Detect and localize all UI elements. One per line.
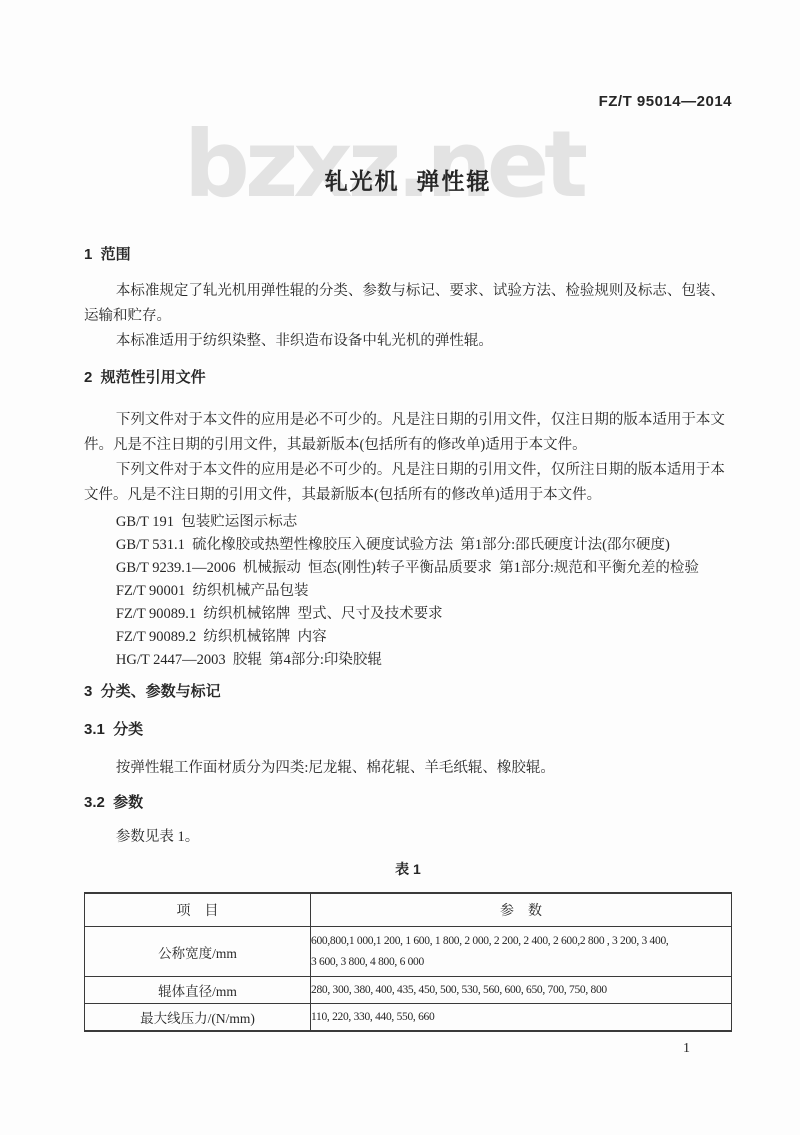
document-page: FZ/T 95014—2014 bzxz.net 轧光机 弹性辊 1 范围 本标… xyxy=(0,0,800,1135)
table-header-row: 项 目 参 数 xyxy=(85,893,732,927)
table-cell-value: 110, 220, 330, 440, 550, 660 xyxy=(311,1007,731,1028)
reference-item: FZ/T 90089.2 纺织机械铭牌 内容 xyxy=(84,626,732,649)
table-header-params: 参 数 xyxy=(311,893,732,927)
table-cell-item: 辊体直径/mm xyxy=(85,977,311,1004)
subsection-heading-parameters: 3.2 参数 xyxy=(84,793,732,813)
table-header-item: 项 目 xyxy=(85,893,311,927)
title-block: bzxz.net 轧光机 弹性辊 xyxy=(84,125,732,237)
section-heading-scope: 1 范围 xyxy=(84,245,732,265)
table-row: 辊体直径/mm 280, 300, 380, 400, 435, 450, 50… xyxy=(85,977,732,1004)
document-title: 轧光机 弹性辊 xyxy=(84,163,732,196)
standard-number: FZ/T 95014—2014 xyxy=(84,93,732,111)
section-heading-classification: 3 分类、参数与标记 xyxy=(84,682,732,702)
reference-item: FZ/T 90001 纺织机械产品包装 xyxy=(84,580,732,603)
table-cell-item: 最大线压力/(N/mm) xyxy=(85,1004,311,1032)
reference-list: GB/T 191 包装贮运图示标志 GB/T 531.1 硫化橡胶或热塑性橡胶压… xyxy=(84,511,732,672)
parameters-table: 项 目 参 数 公称宽度/mm 600,800,1 000,1 200, 1 6… xyxy=(84,892,732,1032)
table-row: 公称宽度/mm 600,800,1 000,1 200, 1 600, 1 80… xyxy=(85,927,732,977)
references-paragraph-2: 下列文件对于本文件的应用是必不可少的。凡是注日期的引用文件，仅所注日期的版本适用… xyxy=(84,458,732,508)
reference-item: GB/T 9239.1—2006 机械振动 恒态(刚性)转子平衡品质要求 第1部… xyxy=(84,557,732,580)
table-row: 最大线压力/(N/mm) 110, 220, 330, 440, 550, 66… xyxy=(85,1004,732,1032)
reference-item: GB/T 191 包装贮运图示标志 xyxy=(84,511,732,534)
reference-item: FZ/T 90089.1 纺织机械铭牌 型式、尺寸及技术要求 xyxy=(84,603,732,626)
subsection-heading-class: 3.1 分类 xyxy=(84,720,732,740)
reference-item: HG/T 2447—2003 胶辊 第4部分:印染胶辊 xyxy=(84,649,732,672)
section-heading-references: 2 规范性引用文件 xyxy=(84,368,732,388)
reference-item: GB/T 531.1 硫化橡胶或热塑性橡胶压入硬度试验方法 第1部分:邵氏硬度计… xyxy=(84,534,732,557)
page-number: 1 xyxy=(84,1040,732,1058)
scope-paragraph-1: 本标准规定了轧光机用弹性辊的分类、参数与标记、要求、试验方法、检验规则及标志、包… xyxy=(84,279,732,329)
classification-body: 按弹性辊工作面材质分为四类:尼龙辊、棉花辊、羊毛纸辊、橡胶辊。 xyxy=(84,756,732,781)
references-paragraph-1: 下列文件对于本文件的应用是必不可少的。凡是注日期的引用文件，仅注日期的版本适用于… xyxy=(84,408,732,458)
table-cell-value: 600,800,1 000,1 200, 1 600, 1 800, 2 000… xyxy=(311,931,731,973)
parameters-body: 参数见表 1。 xyxy=(84,825,732,850)
table-cell-value: 280, 300, 380, 400, 435, 450, 500, 530, … xyxy=(311,980,731,1001)
scope-paragraph-2: 本标准适用于纺织染整、非织造布设备中轧光机的弹性辊。 xyxy=(84,329,732,354)
table-cell-item: 公称宽度/mm xyxy=(85,927,311,977)
table-caption: 表 1 xyxy=(84,858,732,880)
